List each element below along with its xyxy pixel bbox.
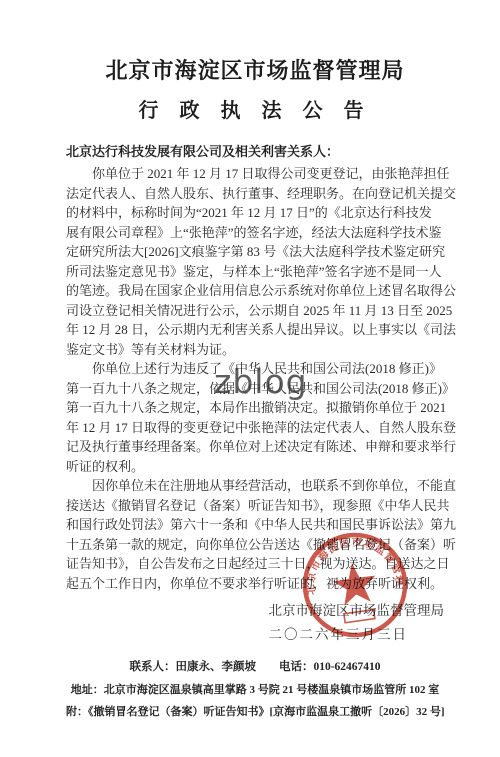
text-line: 接送达《撤销冒名登记（备案）听证告知书》，现参照《中华人民共 xyxy=(66,496,444,516)
page-title: 北京市海淀区市场监督管理局 xyxy=(66,54,444,85)
footer-block: 联系人：田康永、李颜坡 电话：010-62467410 地址：北京市海淀区温泉镇… xyxy=(66,655,444,723)
signature-agency: 北京市海淀区市场监督管理局 xyxy=(66,599,444,623)
text-line: 第一百九十八条之规定，本局作出撤销决定。拟撤销你单位于 2021 xyxy=(66,398,444,418)
attachment-line: 附：《撤销冒名登记（备案）听证告知书》[京海市监温泉工撤听〔2026〕32 号] xyxy=(66,701,444,723)
text-line: 你单位上述行为违反了《中华人民共和国公司法(2018 修正)》 xyxy=(66,359,444,379)
scanned-announcement-page: 北京市海淀区市场监督管理局 行 政 执 法 公 告 北京达行科技发展有限公司及相… xyxy=(0,0,500,757)
signature-date: 二〇二六年三月三日 xyxy=(66,623,444,647)
page-subtitle: 行 政 执 法 公 告 xyxy=(66,94,444,123)
text-line: 听证的权利。 xyxy=(66,457,444,477)
text-line: 因你单位未在注册地从事经营活动，也联系不到你单位，不能直 xyxy=(66,476,444,496)
text-line: 十五条第一款的规定，向你单位公告送达《撤销冒名登记（备案）听 xyxy=(66,535,444,555)
address-line: 地址：北京市海淀区温泉镇高里掌路 3 号院 21 号楼温泉镇市场监管所 102 … xyxy=(66,679,444,701)
text-line: 证告知书》，自公告发布之日起经过三十日，视为送达。自送达之日 xyxy=(66,554,444,574)
text-line: 司设立登记相关情况进行公示，公示期自 2025 年 11 月 13 日至 202… xyxy=(66,301,444,321)
text-line: 定研究所法大[2026]文痕鉴字第 83 号《法大法庭科学技术鉴定研究 xyxy=(66,242,444,262)
salutation-line: 北京达行科技发展有限公司及相关利害关系人： xyxy=(66,142,444,162)
paragraph-decision: 你单位上述行为违反了《中华人民共和国公司法(2018 修正)》第一百九十八条之规… xyxy=(66,359,444,476)
text-line: 记及执行董事经理备案。你单位对上述决定有陈述、申辩和要求举行 xyxy=(66,437,444,457)
contact-line: 联系人：田康永、李颜坡 电话：010-62467410 xyxy=(66,655,444,679)
paragraph-facts: 你单位于 2021 年 12 月 17 日取得公司变更登记，由张艳萍担任法定代表… xyxy=(66,164,444,359)
text-line: 展有限公司章程》上“张艳萍”的签名字迹，经法大法庭科学技术鉴 xyxy=(66,223,444,243)
text-line: 年 12 月 28 日，公示期内无利害关系人提出异议。以上事实以《司法 xyxy=(66,320,444,340)
text-line: 的材料中，标称时间为“2021 年 12 月 17 日”的《北京达行科技发 xyxy=(66,203,444,223)
text-line: 鉴定文书》等有关材料为证。 xyxy=(66,340,444,360)
text-line: 和国行政处罚法》第六十一条和《中华人民共和国民事诉讼法》第九 xyxy=(66,515,444,535)
document-body: 北京市海淀区市场监督管理局 行 政 执 法 公 告 北京达行科技发展有限公司及相… xyxy=(0,0,500,723)
text-line: 法定代表人、自然人股东、执行董事、经理职务。在向登记机关提交 xyxy=(66,184,444,204)
text-line: 起五个工作日内，你单位不要求举行听证的，视为放弃听证权利。 xyxy=(66,574,444,594)
paragraph-service-notice: 因你单位未在注册地从事经营活动，也联系不到你单位，不能直接送达《撤销冒名登记（备… xyxy=(66,476,444,593)
text-line: 年 12 月 17 日取得的变更登记中张艳萍的法定代表人、自然人股东登 xyxy=(66,418,444,438)
signature-block: 北京市海淀区市场监督管理局 二〇二六年三月三日 xyxy=(66,599,444,647)
text-line: 你单位于 2021 年 12 月 17 日取得公司变更登记，由张艳萍担任 xyxy=(66,164,444,184)
text-line: 的笔迹。我局在国家企业信用信息公示系统对你单位上述冒名取得公 xyxy=(66,281,444,301)
text-line: 第一百九十八条之规定，依据《中华人民共和国公司法(2018 修正)》 xyxy=(66,379,444,399)
text-line: 所司法鉴定意见书》鉴定，与样本上“张艳萍”签名字迹不是同一人 xyxy=(66,262,444,282)
